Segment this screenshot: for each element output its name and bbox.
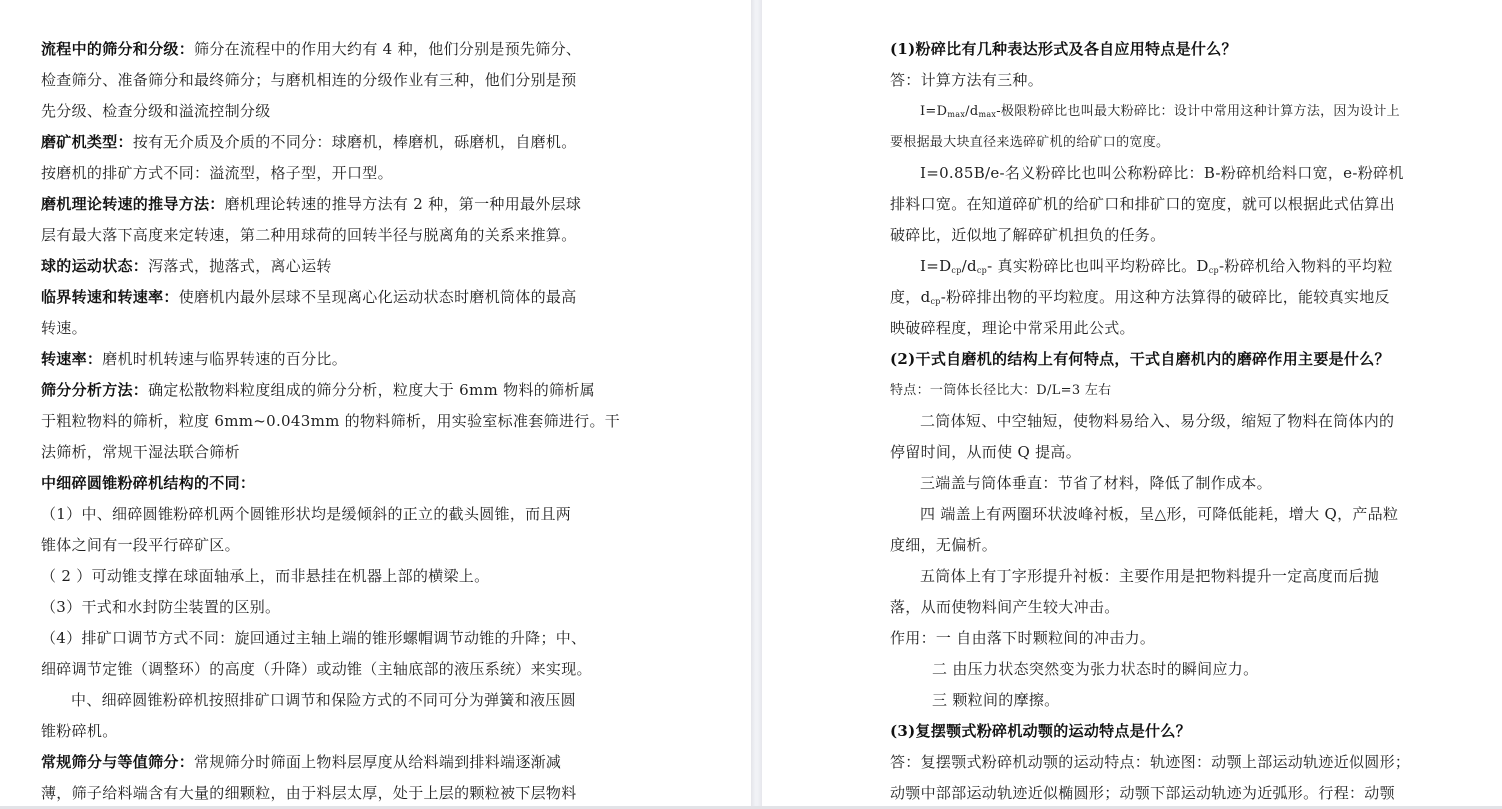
term-heading: 磨机理论转速的推导方法：: [41, 195, 225, 213]
text-line: 三端盖与筒体垂直：节省了材料，降低了制作成本。: [890, 468, 1446, 499]
text-line: 停留时间，从而使 Q 提高。: [890, 437, 1446, 468]
text-line: 于粗粒物料的筛析，粒度 6mm~0.043mm 的物料筛析，用实验室标准套筛进行…: [41, 406, 631, 437]
text-line: 筛分分析方法：确定松散物料粒度组成的筛分分析，粒度大于 6mm 物料的筛析属: [41, 375, 631, 406]
text-line: 常规筛分与等值筛分：常规筛分时筛面上物料层厚度从给料端到排料端逐渐减: [41, 747, 631, 778]
text-line: 转速。: [41, 313, 631, 344]
text-line: 磨机理论转速的推导方法：磨机理论转速的推导方法有 2 种，第一种用最外层球: [41, 189, 631, 220]
term-heading: 转速率：: [41, 350, 102, 368]
body-text: - 真实粉碎比也叫平均粉碎比。D: [987, 257, 1209, 275]
document-viewer[interactable]: 流程中的筛分和分级：筛分在流程中的作用大约有 4 种，他们分别是预先筛分、 检查…: [0, 0, 1502, 806]
text-line: 磨矿机类型：按有无介质及介质的不同分：球磨机，棒磨机，砾磨机，自磨机。: [41, 127, 631, 158]
body-text: （1）中、细碎圆锥粉碎机两个圆锥形状均是缓倾斜的正立的截头圆锥，而且两: [41, 505, 571, 523]
formula-text: /d: [965, 104, 978, 119]
text-line: （3）干式和水封防尘装置的区别。: [41, 592, 631, 623]
text-line: 二 由压力状态突然变为张力状态时的瞬间应力。: [890, 654, 1446, 685]
question-heading-1: (1)粉碎比有几种表达形式及各自应用特点是什么？: [890, 34, 1446, 65]
question-heading-3: (3)复摆颚式粉碎机动颚的运动特点是什么？: [890, 716, 1446, 747]
text-line: 落，从而使物料间产生较大冲击。: [890, 592, 1446, 623]
term-heading: 筛分分析方法：: [41, 381, 148, 399]
page-gutter: [751, 0, 762, 806]
formula-line-nominal: I=0.85B/e-名义粉碎比也叫公称粉碎比：B-粉碎机给料口宽，e-粉碎机: [890, 158, 1446, 189]
body-text: （4）排矿口调节方式不同：旋回通过主轴上端的锥形螺帽调节动锥的升降；中、: [41, 629, 586, 647]
body-text: 转速。: [41, 319, 87, 337]
body-text: -粉碎排出物的平均粒度。用这种方法算得的破碎比，能较真实地反: [941, 288, 1390, 306]
text-line: 答：复摆颚式粉碎机动颚的运动特点：轨迹图：动颚上部运动轨迹近似圆形；: [890, 747, 1446, 778]
text-line: 特点：一筒体长径比大：D/L=3 左右: [890, 375, 1446, 406]
body-text: 按有无介质及介质的不同分：球磨机，棒磨机，砾磨机，自磨机。: [133, 133, 577, 151]
text-line: 法筛析，常规干湿法联合筛析: [41, 437, 631, 468]
text-line: 中、细碎圆锥粉碎机按照排矿口调节和保险方式的不同可分为弹簧和液压圆: [41, 685, 631, 716]
formula-text: /d: [962, 257, 977, 275]
body-text: 锥体之间有一段平行碎矿区。: [41, 536, 240, 554]
body-text: （3）干式和水封防尘装置的区别。: [41, 598, 280, 616]
body-text: 薄，筛子给料端含有大量的细颗粒，由于料层太厚，处于上层的颗粒被下层物料: [41, 784, 577, 802]
text-line: 层有最大落下高度来定转速，第二种用球荷的回转半径与脱离角的关系来推算。: [41, 220, 631, 251]
body-text: -粉碎机给入物料的平均粒: [1219, 257, 1393, 275]
text-line: 临界转速和转速率：使磨机内最外层球不呈现离心化运动状态时磨机筒体的最高: [41, 282, 631, 313]
text-line: （1）中、细碎圆锥粉碎机两个圆锥形状均是缓倾斜的正立的截头圆锥，而且两: [41, 499, 631, 530]
text-line: 中细碎圆锥粉碎机结构的不同：: [41, 468, 631, 499]
body-text: 筛分在流程中的作用大约有 4 种，他们分别是预先筛分、: [194, 40, 581, 58]
text-line: 二筒体短、中空轴短，使物料易给入、易分级，缩短了物料在筒体内的: [890, 406, 1446, 437]
document-page-left: 流程中的筛分和分级：筛分在流程中的作用大约有 4 种，他们分别是预先筛分、 检查…: [0, 0, 751, 806]
formula-text: I=D: [920, 257, 951, 275]
question-heading-2: (2)干式自磨机的结构上有何特点，干式自磨机内的磨碎作用主要是什么？: [890, 344, 1446, 375]
subscript: cp: [977, 266, 987, 275]
section-heading: 中细碎圆锥粉碎机结构的不同：: [41, 474, 255, 492]
text-line: 先分级、检查分级和溢流控制分级: [41, 96, 631, 127]
term-heading: 流程中的筛分和分级：: [41, 40, 194, 58]
term-heading: 临界转速和转速率：: [41, 288, 179, 306]
body-text: 锥粉碎机。: [41, 722, 118, 740]
text-line: 排料口宽。在知道碎矿机的给矿口和排矿口的宽度，就可以根据此式估算出: [890, 189, 1446, 220]
text-line: 薄，筛子给料端含有大量的细颗粒，由于料层太厚，处于上层的颗粒被下层物料: [41, 778, 631, 806]
body-text: 度，d: [890, 288, 931, 306]
text-line: 作用：一 自由落下时颗粒间的冲击力。: [890, 623, 1446, 654]
text-line: （ 2 ）可动锥支撑在球面轴承上，而非悬挂在机器上部的横梁上。: [41, 561, 631, 592]
text-line: 度细，无偏析。: [890, 530, 1446, 561]
text-line: 四 端盖上有两圈环状波峰衬板，呈△形，可降低能耗，增大 Q，产品粒: [890, 499, 1446, 530]
body-text: 细碎调节定锥（调整环）的高度（升降）或动锥（主轴底部的液压系统）来实现。: [41, 660, 592, 678]
body-text: -极限粉碎比也叫最大粉碎比：设计中常用这种计算方法，因为设计上: [996, 104, 1400, 119]
formula-line-average: I=Dcp/dcp- 真实粉碎比也叫平均粉碎比。Dcp-粉碎机给入物料的平均粒: [890, 251, 1446, 282]
formula-text: I=D: [920, 104, 947, 119]
body-text: 确定松散物料粒度组成的筛分分析，粒度大于 6mm 物料的筛析属: [148, 381, 595, 399]
subscript: cp: [1209, 266, 1219, 275]
term-heading: 常规筛分与等值筛分：: [41, 753, 194, 771]
body-text: 磨机理论转速的推导方法有 2 种，第一种用最外层球: [225, 195, 582, 213]
body-text: 先分级、检查分级和溢流控制分级: [41, 102, 271, 120]
text-line: 细碎调节定锥（调整环）的高度（升降）或动锥（主轴底部的液压系统）来实现。: [41, 654, 631, 685]
text-line: 检查筛分、准备筛分和最终筛分；与磨机相连的分级作业有三种，他们分别是预: [41, 65, 631, 96]
text-line: 按磨机的排矿方式不同：溢流型，格子型，开口型。: [41, 158, 631, 189]
text-line: 三 颗粒间的摩擦。: [890, 685, 1446, 716]
body-text: 常规筛分时筛面上物料层厚度从给料端到排料端逐渐减: [194, 753, 561, 771]
body-text: 法筛析，常规干湿法联合筛析: [41, 443, 240, 461]
body-text: 检查筛分、准备筛分和最终筛分；与磨机相连的分级作业有三种，他们分别是预: [41, 71, 577, 89]
text-line: 度，dcp-粉碎排出物的平均粒度。用这种方法算得的破碎比，能较真实地反: [890, 282, 1446, 313]
term-heading: 磨矿机类型：: [41, 133, 133, 151]
body-text: 于粗粒物料的筛析，粒度 6mm~0.043mm 的物料筛析，用实验室标准套筛进行…: [41, 412, 620, 430]
page-text-right: (1)粉碎比有几种表达形式及各自应用特点是什么？ 答：计算方法有三种。 I=Dm…: [890, 34, 1446, 806]
text-line: 动颚中部部运动轨迹近似椭圆形；动颚下部运动轨迹为近弧形。行程：动颚: [890, 778, 1446, 806]
body-text: 磨机时机转速与临界转速的百分比。: [102, 350, 347, 368]
text-line: 五筒体上有丁字形提升衬板：主要作用是把物料提升一定高度而后抛: [890, 561, 1446, 592]
formula-line-max: I=Dmax/dmax-极限粉碎比也叫最大粉碎比：设计中常用这种计算方法，因为设…: [890, 96, 1446, 127]
body-text: 泻落式，抛落式，离心运转: [148, 257, 332, 275]
text-line: 流程中的筛分和分级：筛分在流程中的作用大约有 4 种，他们分别是预先筛分、: [41, 34, 631, 65]
subscript: max: [978, 110, 996, 119]
body-text: 层有最大落下高度来定转速，第二种用球荷的回转半径与脱离角的关系来推算。: [41, 226, 577, 244]
answer-intro: 答：计算方法有三种。: [890, 65, 1446, 96]
subscript: cp: [951, 266, 961, 275]
subscript: max: [947, 110, 965, 119]
text-line: 转速率：磨机时机转速与临界转速的百分比。: [41, 344, 631, 375]
body-text: 按磨机的排矿方式不同：溢流型，格子型，开口型。: [41, 164, 393, 182]
text-line: 映破碎程度，理论中常采用此公式。: [890, 313, 1446, 344]
body-text: 中、细碎圆锥粉碎机按照排矿口调节和保险方式的不同可分为弹簧和液压圆: [71, 691, 576, 709]
subscript: cp: [931, 297, 941, 306]
body-text: 使磨机内最外层球不呈现离心化运动状态时磨机筒体的最高: [179, 288, 577, 306]
term-heading: 球的运动状态：: [41, 257, 148, 275]
text-line: 锥体之间有一段平行碎矿区。: [41, 530, 631, 561]
page-text-left: 流程中的筛分和分级：筛分在流程中的作用大约有 4 种，他们分别是预先筛分、 检查…: [41, 34, 631, 806]
text-line: 锥粉碎机。: [41, 716, 631, 747]
text-line: 球的运动状态：泻落式，抛落式，离心运转: [41, 251, 631, 282]
text-line: 要根据最大块直径来选碎矿机的给矿口的宽度。: [890, 127, 1446, 158]
body-text: （ 2 ）可动锥支撑在球面轴承上，而非悬挂在机器上部的横梁上。: [41, 567, 489, 585]
text-line: 破碎比，近似地了解碎矿机担负的任务。: [890, 220, 1446, 251]
text-line: （4）排矿口调节方式不同：旋回通过主轴上端的锥形螺帽调节动锥的升降；中、: [41, 623, 631, 654]
document-page-right: (1)粉碎比有几种表达形式及各自应用特点是什么？ 答：计算方法有三种。 I=Dm…: [762, 0, 1502, 806]
